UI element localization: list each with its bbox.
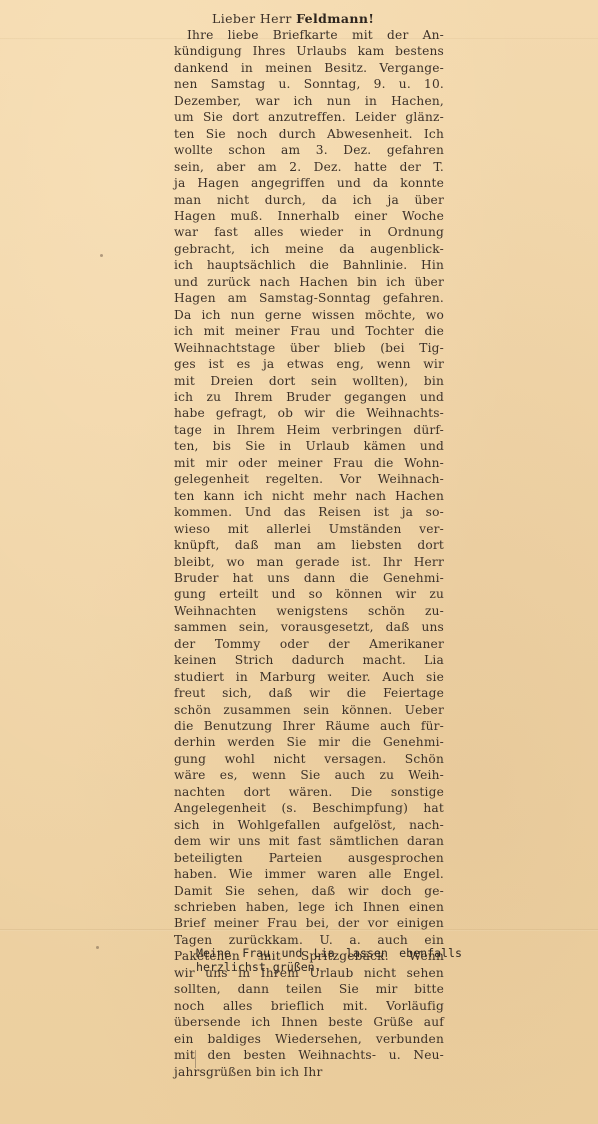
- letter-line: Da ich nun gerne wissen möchte, wo: [174, 307, 444, 323]
- letter-line: sein, aber am 2. Dez. hatte der T.: [174, 159, 444, 175]
- letter-line: keinen Strich dadurch macht. Lia: [174, 652, 444, 668]
- letter-line: sammen sein, vorausgesetzt, daß uns: [174, 619, 444, 635]
- letter-line: wieso mit allerlei Umständen ver-: [174, 521, 444, 537]
- letter-line: der Tommy oder der Amerikaner: [174, 636, 444, 652]
- salutation-prefix: Lieber Herr: [212, 11, 292, 26]
- letter-line: tage in Ihrem Heim verbringen dürf-: [174, 422, 444, 438]
- letter-line: gung wohl nicht versagen. Schön: [174, 751, 444, 767]
- letter-line: schön zusammen sein können. Ueber: [174, 702, 444, 718]
- letter-line: bleibt, wo man gerade ist. Ihr Herr: [174, 554, 444, 570]
- paper-speck: [96, 946, 99, 949]
- letter-line: Brief meiner Frau bei, der vor einigen: [174, 915, 444, 931]
- letter-line: ten kann ich nicht mehr nach Hachen: [174, 488, 444, 504]
- salutation: Lieber Herr Feldmann!: [212, 10, 444, 27]
- letter-line: mit mir oder meiner Frau die Wohn-: [174, 455, 444, 471]
- letter-line: habe gefragt, ob wir die Weihnachts-: [174, 405, 444, 421]
- letter-line: ich mit meiner Frau und Tochter die: [174, 323, 444, 339]
- letter-line: Damit Sie sehen, daß wir doch ge-: [174, 883, 444, 899]
- postscript-line: herzlichst grüßen.: [196, 960, 462, 974]
- letter-line: wollte schon am 3. Dez. gefahren: [174, 142, 444, 158]
- letter-line: nen Samstag u. Sonntag, 9. u. 10.: [174, 76, 444, 92]
- letter-line: Ihre liebe Briefkarte mit der An-: [174, 27, 444, 43]
- letter-line: und zurück nach Hachen bin ich über: [174, 274, 444, 290]
- letter-line: jahrsgrüßen bin ich Ihr: [174, 1064, 444, 1080]
- letter-line: ten Sie noch durch Abwesenheit. Ich: [174, 126, 444, 142]
- letter-line: noch alles brieflich mit. Vorläufig: [174, 998, 444, 1014]
- letter-line: man nicht durch, da ich ja über: [174, 192, 444, 208]
- letter-line: mit Dreien dort sein wollten), bin: [174, 373, 444, 389]
- letter-line: Hagen muß. Innerhalb einer Woche: [174, 208, 444, 224]
- letter-line: studiert in Marburg weiter. Auch sie: [174, 669, 444, 685]
- letter-line: derhin werden Sie mir die Genehmi-: [174, 734, 444, 750]
- letter-line: gelegenheit regelten. Vor Weihnach-: [174, 471, 444, 487]
- letter-line: Bruder hat uns dann die Genehmi-: [174, 570, 444, 586]
- letter-line: die Benutzung Ihrer Räume auch für-: [174, 718, 444, 734]
- letter-line: knüpft, daß man am liebsten dort: [174, 537, 444, 553]
- letter-line: gung erteilt und so können wir zu: [174, 586, 444, 602]
- letter-line: haben. Wie immer waren alle Engel.: [174, 866, 444, 882]
- letter-line: sollten, dann teilen Sie mir bitte: [174, 981, 444, 997]
- letter-line: Angelegenheit (s. Beschimpfung) hat: [174, 800, 444, 816]
- letter-line: kündigung Ihres Urlaubs kam bestens: [174, 43, 444, 59]
- letter-line: mit den besten Weihnachts- u. Neu-: [174, 1047, 444, 1063]
- letter-line: beteiligten Parteien ausgesprochen: [174, 850, 444, 866]
- letter-line: sich in Wohlgefallen aufgelöst, nach-: [174, 817, 444, 833]
- letter-line: ich zu Ihrem Bruder gegangen und: [174, 389, 444, 405]
- letter-line: Dezember, war ich nun in Hachen,: [174, 93, 444, 109]
- letter-body: Ihre liebe Briefkarte mit der An-kündigu…: [174, 27, 444, 1080]
- letter-line: kommen. Und das Reisen ist ja so-: [174, 504, 444, 520]
- letter-line: um Sie dort anzutreffen. Leider glänz-: [174, 109, 444, 125]
- letter-line: schrieben haben, lege ich Ihnen einen: [174, 899, 444, 915]
- letter-line: ein baldiges Wiedersehen, verbunden: [174, 1031, 444, 1047]
- letter-line: ja Hagen angegriffen und da konnte: [174, 175, 444, 191]
- letter-line: dem wir uns mit fast sämtlichen daran: [174, 833, 444, 849]
- letter-line: war fast alles wieder in Ordnung: [174, 224, 444, 240]
- recipient-name: Feldmann!: [296, 11, 374, 26]
- letter: Lieber Herr Feldmann! Ihre liebe Briefka…: [174, 10, 444, 1080]
- letter-line: übersende ich Ihnen beste Grüße auf: [174, 1014, 444, 1030]
- letter-line: freut sich, daß wir die Feiertage: [174, 685, 444, 701]
- letter-line: wäre es, wenn Sie auch zu Weih-: [174, 767, 444, 783]
- letter-line: nachten dort wären. Die sonstige: [174, 784, 444, 800]
- letter-line: dankend in meinen Besitz. Vergange-: [174, 60, 444, 76]
- letter-line: ten, bis Sie in Urlaub kämen und: [174, 438, 444, 454]
- letter-line: Weihnachten wenigstens schön zu-: [174, 603, 444, 619]
- postscript-line: Meine Frau und Lia lassen ebenfalls: [196, 946, 462, 960]
- letter-line: Weihnachtstage über blieb (bei Tig-: [174, 340, 444, 356]
- paper-speck: [100, 254, 103, 257]
- postscript: Meine Frau und Lia lassen ebenfalls herz…: [196, 946, 462, 974]
- letter-line: ich hauptsächlich die Bahnlinie. Hin: [174, 257, 444, 273]
- letter-line: ges ist es ja etwas eng, wenn wir: [174, 356, 444, 372]
- letter-line: Hagen am Samstag-Sonntag gefahren.: [174, 290, 444, 306]
- letter-line: gebracht, ich meine da augenblick-: [174, 241, 444, 257]
